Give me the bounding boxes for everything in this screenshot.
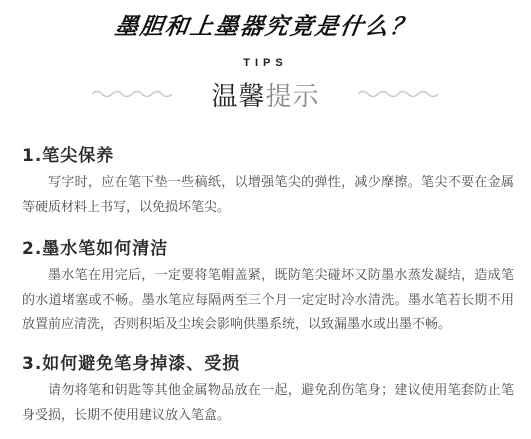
section-heading: 1.笔尖保养	[22, 145, 514, 167]
section-nib-care: 1.笔尖保养 写字时，应在笔下垫一些稿纸，以增强笔尖的弹性，减少摩擦。笔尖不要在…	[22, 145, 514, 220]
section-heading: 2.墨水笔如何清洁	[22, 238, 514, 260]
section-body: 写字时，应在笔下垫一些稿纸，以增强笔尖的弹性，减少摩擦。笔尖不要在金属等硬质材料…	[22, 171, 514, 220]
section-body: 墨水笔在用完后，一定要将笔帽盖紧，既防笔尖碰坏又防墨水蒸发凝结，造成笔的水道堵塞…	[22, 264, 514, 338]
tips-label-en: TIPS	[0, 57, 531, 69]
tips-heading-light: 提示	[266, 82, 320, 112]
section-body-protection: 3.如何避免笔身掉漆、受损 请勿将笔和钥匙等其他金属物品放在一起，避免刮伤笔身；…	[22, 353, 514, 428]
tips-heading-dark: 温馨	[211, 82, 265, 112]
tips-heading: 温馨提示	[0, 76, 531, 113]
wave-divider-right-icon	[358, 88, 438, 100]
section-body: 请勿将笔和钥匙等其他金属物品放在一起，避免刮伤笔身；建议使用笔套防止笔身受损，长…	[22, 379, 514, 428]
section-heading: 3.如何避免笔身掉漆、受损	[22, 353, 514, 375]
page-title: 墨胆和上墨器究竟是什么？	[0, 8, 531, 41]
section-cleaning: 2.墨水笔如何清洁 墨水笔在用完后，一定要将笔帽盖紧，既防笔尖碰坏又防墨水蒸发凝…	[22, 238, 514, 338]
